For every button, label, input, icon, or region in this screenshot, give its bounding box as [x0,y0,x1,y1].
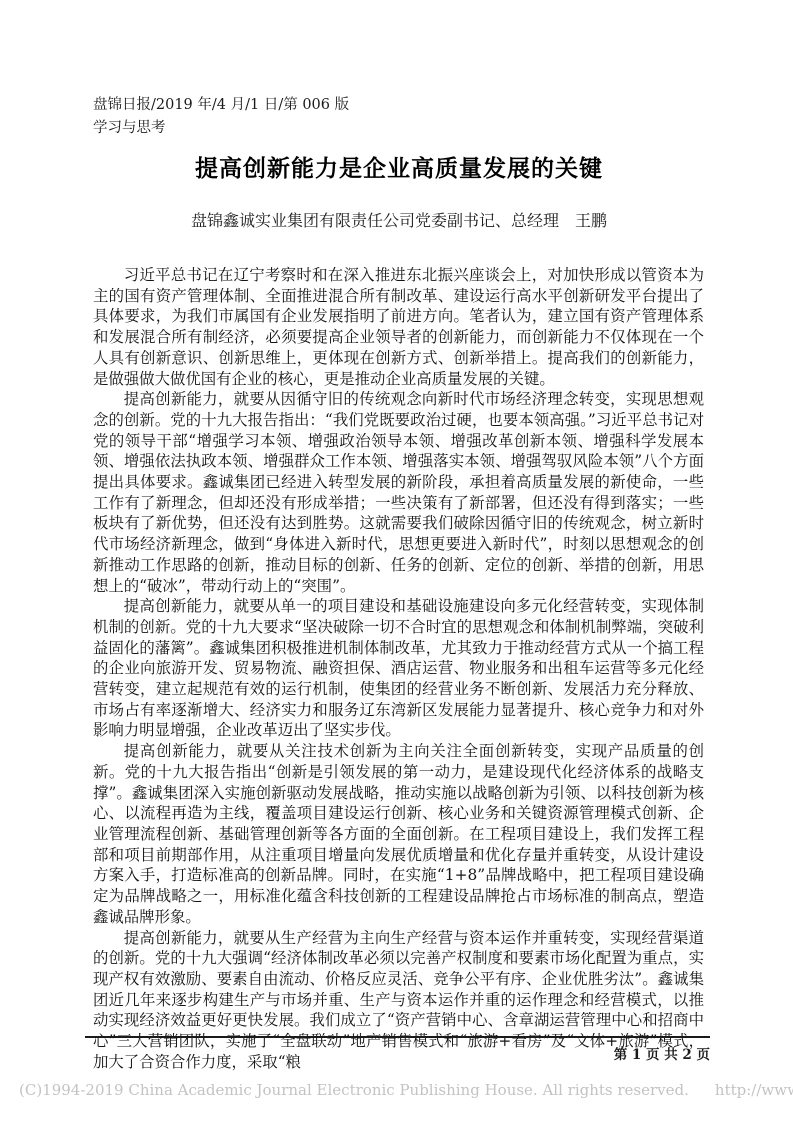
section-label: 学习与思考 [93,117,705,140]
article-paragraph: 提高创新能力，就要从单一的项目建设和基础设施建设向多元化经营转变，实现体制机制的… [93,596,704,741]
copyright-notice: (C)1994-2019 China Academic Journal Elec… [19,1081,689,1099]
document-header: 盘锦日报/2019 年/4 月/1 日/第 006 版 学习与思考 [93,94,705,140]
footer-divider [85,1036,710,1038]
page-number: 第 1 页 共 2 页 [93,1043,710,1063]
source-line: 盘锦日报/2019 年/4 月/1 日/第 006 版 [93,94,705,117]
author-line: 盘锦鑫诚实业集团有限责任公司党委副书记、总经理 王鹏 [93,208,705,231]
article-title: 提高创新能力是企业高质量发展的关键 [93,150,705,183]
article-body: 习近平总书记在辽宁考察时和在深入推进东北振兴座谈会上，对加快形成以管资本为主的国… [93,265,704,1072]
cnki-url: http://www.cnki.net [715,1081,793,1099]
article-paragraph: 提高创新能力，就要从关注技术创新为主向关注全面创新转变，实现产品质量的创新。党的… [93,741,704,927]
article-paragraph: 提高创新能力，就要从因循守旧的传统观念向新时代市场经济理念转变，实现思想观念的创… [93,389,704,596]
copyright-bar: (C)1994-2019 China Academic Journal Elec… [19,1081,779,1099]
article-paragraph: 习近平总书记在辽宁考察时和在深入推进东北振兴座谈会上，对加快形成以管资本为主的国… [93,265,704,389]
document-page: 盘锦日报/2019 年/4 月/1 日/第 006 版 学习与思考 提高创新能力… [0,0,793,1122]
